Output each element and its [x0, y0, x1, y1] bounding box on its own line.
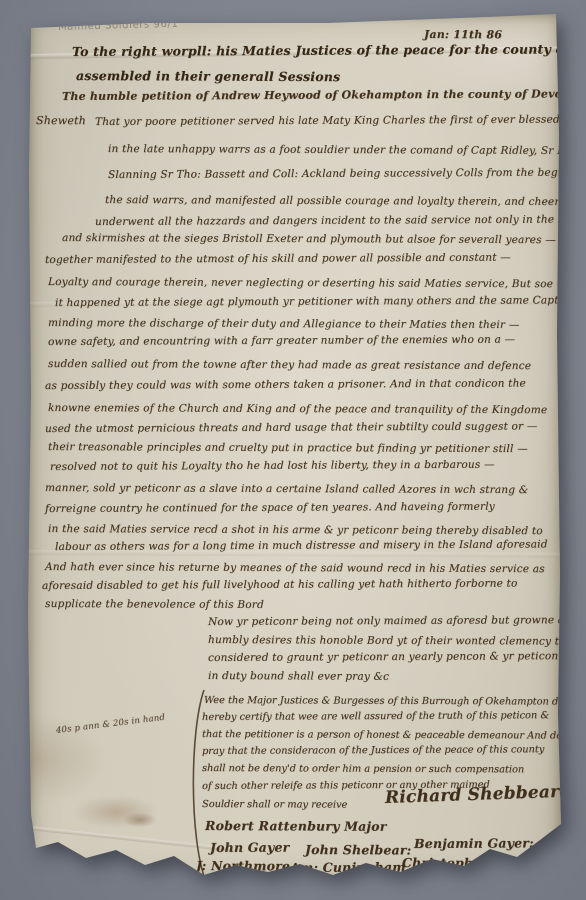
petition-body-line: owne safety, and encountring with a farr…: [48, 334, 515, 348]
paper-shadow-wrap: Maimed Soldiers 96/1 Jan: 11th 86 To the…: [28, 14, 561, 882]
certificate-line: that the petitioner is a person of hones…: [202, 729, 568, 742]
petition-body-line: manner, sold yr peticonr as a slave into…: [45, 482, 528, 496]
heading-line-1: To the right worpll: his Maties Justices…: [72, 41, 586, 59]
petition-closing-line: humbly desires this honoble Bord yt of t…: [208, 634, 586, 648]
signature-am-cuningham: Am: Cuningham: [290, 859, 406, 875]
certificate-line: hereby certify that wee are well assured…: [202, 710, 549, 723]
petition-closing-line: in duty bound shall ever pray &c: [208, 670, 389, 683]
signature-robert-rattenbury-mayor: Robert Rattenbury Major: [205, 818, 387, 834]
margin-pension-note: 40s p ann & 20s in hand: [55, 713, 165, 736]
petition-body-line: That yor poore petitioner served his lat…: [95, 113, 586, 128]
petition-body-line: underwent all the hazzards and dangers i…: [95, 213, 586, 228]
petition-body-line: minding more the discharge of their duty…: [48, 317, 519, 331]
certificate-line: pray that the consideracon of the Justic…: [202, 744, 544, 757]
petition-body-line: together manifested to the utmost of his…: [45, 252, 511, 266]
archival-pencil-note: Maimed Soldiers 96/1: [58, 19, 179, 33]
heading-line-3: The humble petition of Andrew Heywood of…: [62, 87, 570, 103]
signature-john-gayer: John Gayer: [210, 840, 289, 855]
petition-body-line: resolved not to quit his Loyalty tho he …: [50, 459, 495, 473]
petition-body-line: labour as others was for a long time in …: [55, 538, 548, 553]
margin-word-sheweth: Sheweth: [36, 114, 86, 127]
signature-john-shelbear: John Shelbear:: [305, 842, 411, 857]
petition-body-line: and skirmishes at the sieges Bristoll Ex…: [62, 232, 556, 246]
photo-background: Maimed Soldiers 96/1 Jan: 11th 86 To the…: [0, 0, 586, 900]
certificate-line: Wee the Major Justices & Burgesses of th…: [204, 695, 570, 708]
signature-benjamin-gayer: Benjamin Gayer:: [414, 835, 534, 851]
petition-body-line: knowne enemies of the Church and King an…: [48, 402, 547, 416]
certificate-line: shall not be deny'd to order him a pensi…: [202, 763, 524, 775]
certificate-line: Souldier shall or may receive: [202, 799, 347, 811]
petition-closing-line: considered to graunt yr peticonr an year…: [208, 650, 586, 664]
petition-body-line: their treasonable principles and cruelty…: [48, 441, 528, 455]
petition-body-line: supplicate the benevolence of this Bord: [45, 598, 264, 611]
petition-body-line: in the said Maties service recd a shot i…: [48, 523, 543, 537]
petition-body-line: sudden sallied out from the towne after …: [48, 358, 531, 372]
date-annotation: Jan: 11th 86: [424, 28, 502, 41]
signature-christopher-yendall: Christopher Yendall: [402, 855, 545, 871]
petition-body-line: Loyalty and courage therein, never negle…: [48, 276, 553, 290]
petition-body-line: Slanning Sr Tho: Bassett and Coll: Ackla…: [108, 166, 586, 181]
signature-j-northmore: J: Northmore: [196, 858, 290, 873]
petition-body-line: forreigne country he continued for the s…: [45, 501, 495, 515]
petition-body-line: And hath ever since his returne by meane…: [45, 561, 545, 575]
petition-body-line: used the utmost pernicious threats and h…: [45, 420, 538, 435]
petition-body-line: as possibly they could was with some oth…: [45, 377, 526, 392]
petition-body-line: aforesaid disabled to get his full livel…: [42, 578, 518, 592]
petition-body-line: it happened yt at the siege agt plymouth…: [55, 294, 582, 309]
petition-closing-line: Now yr peticonr being not only maimed as…: [208, 614, 586, 628]
petition-body-line: in the late unhappy warrs as a foot soul…: [108, 143, 586, 157]
petition-body-line: the said warrs, and manifested all possi…: [105, 194, 584, 208]
heading-line-2: assembled in their generall Sessions: [76, 68, 340, 84]
document-paper: Maimed Soldiers 96/1 Jan: 11th 86 To the…: [28, 14, 561, 882]
